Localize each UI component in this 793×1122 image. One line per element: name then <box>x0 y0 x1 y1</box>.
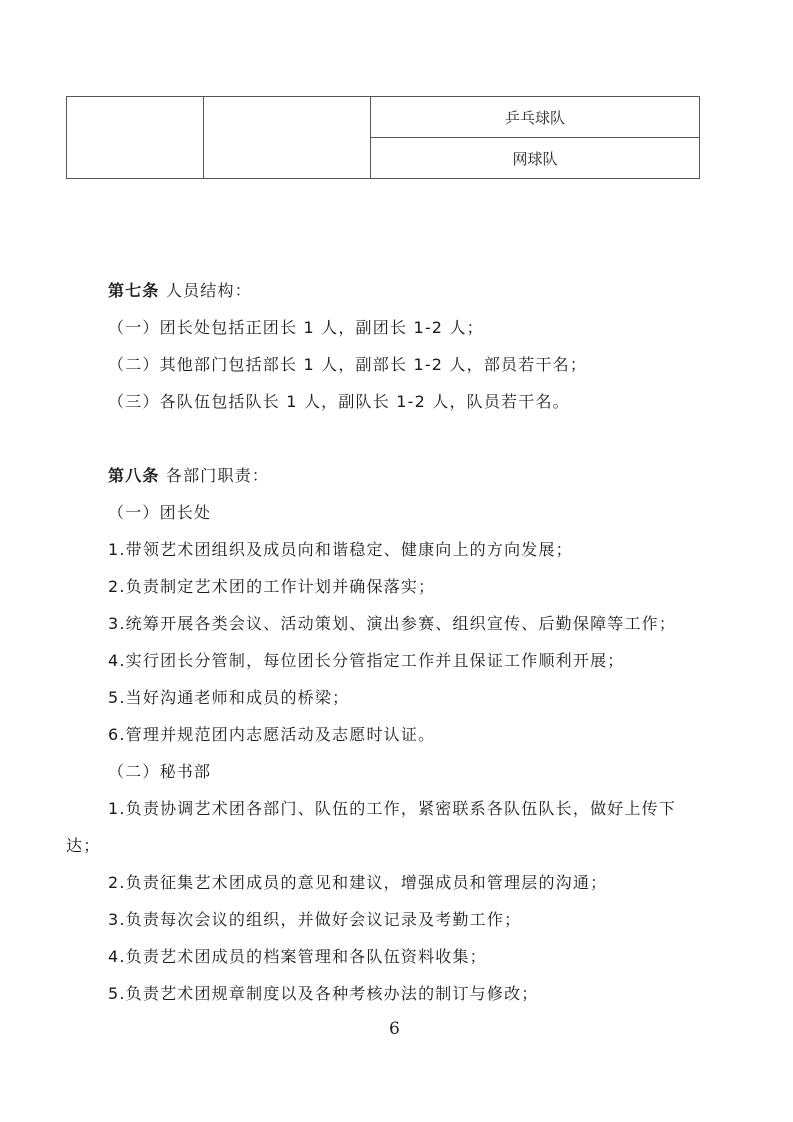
secretariat-item-3: 3.负责每次会议的组织，并做好会议记录及考勤工作； <box>108 907 521 930</box>
article-7-number: 第七条 <box>108 281 160 300</box>
section-label-secretariat: （二）秘书部 <box>108 759 211 782</box>
table-cell-empty-2 <box>204 97 371 179</box>
article-7-heading: 第七条 人员结构： <box>108 278 252 301</box>
table-cell-empty-1 <box>67 97 204 179</box>
article-7-title: 人员结构： <box>160 281 252 300</box>
article-7-item-3: （三）各队伍包括队长 1 人，副队长 1-2 人，队员若干名。 <box>108 389 570 412</box>
team-table: 乒乓球队 网球队 <box>66 96 700 179</box>
section-label-leaders: （一）团长处 <box>108 500 211 523</box>
leaders-item-6: 6.管理并规范团内志愿活动及志愿时认证。 <box>108 722 435 745</box>
article-7-item-2: （二）其他部门包括部长 1 人，副部长 1-2 人，部员若干名； <box>108 352 587 375</box>
table-cell-tennis-team: 网球队 <box>371 138 700 179</box>
secretariat-item-4: 4.负责艺术团成员的档案管理和各队伍资料收集； <box>108 944 487 967</box>
article-7-item-1: （一）团长处包括正团长 1 人，副团长 1-2 人； <box>108 315 484 338</box>
leaders-item-5: 5.当好沟通老师和成员的桥梁； <box>108 685 349 708</box>
page-number: 6 <box>389 1019 400 1039</box>
leaders-item-4: 4.实行团长分管制，每位团长分管指定工作并且保证工作顺利开展； <box>108 648 624 671</box>
secretariat-item-1-cont: 达； <box>66 833 100 856</box>
article-8-title: 各部门职责： <box>160 466 270 485</box>
table-cell-pingpong-team: 乒乓球队 <box>371 97 700 138</box>
secretariat-item-5: 5.负责艺术团规章制度以及各种考核办法的制订与修改； <box>108 981 538 1004</box>
leaders-item-2: 2.负责制定艺术团的工作计划并确保落实； <box>108 574 435 597</box>
article-8-heading: 第八条 各部门职责： <box>108 463 269 486</box>
leaders-item-3: 3.统筹开展各类会议、活动策划、演出参赛、组织宣传、后勤保障等工作； <box>108 611 676 634</box>
secretariat-item-2: 2.负责征集艺术团成员的意见和建议，增强成员和管理层的沟通； <box>108 870 607 893</box>
secretariat-item-1: 1.负责协调艺术团各部门、队伍的工作，紧密联系各队伍队长，做好上传下 <box>108 796 676 819</box>
leaders-item-1: 1.带领艺术团组织及成员向和谐稳定、健康向上的方向发展； <box>108 537 573 560</box>
article-8-number: 第八条 <box>108 466 160 485</box>
